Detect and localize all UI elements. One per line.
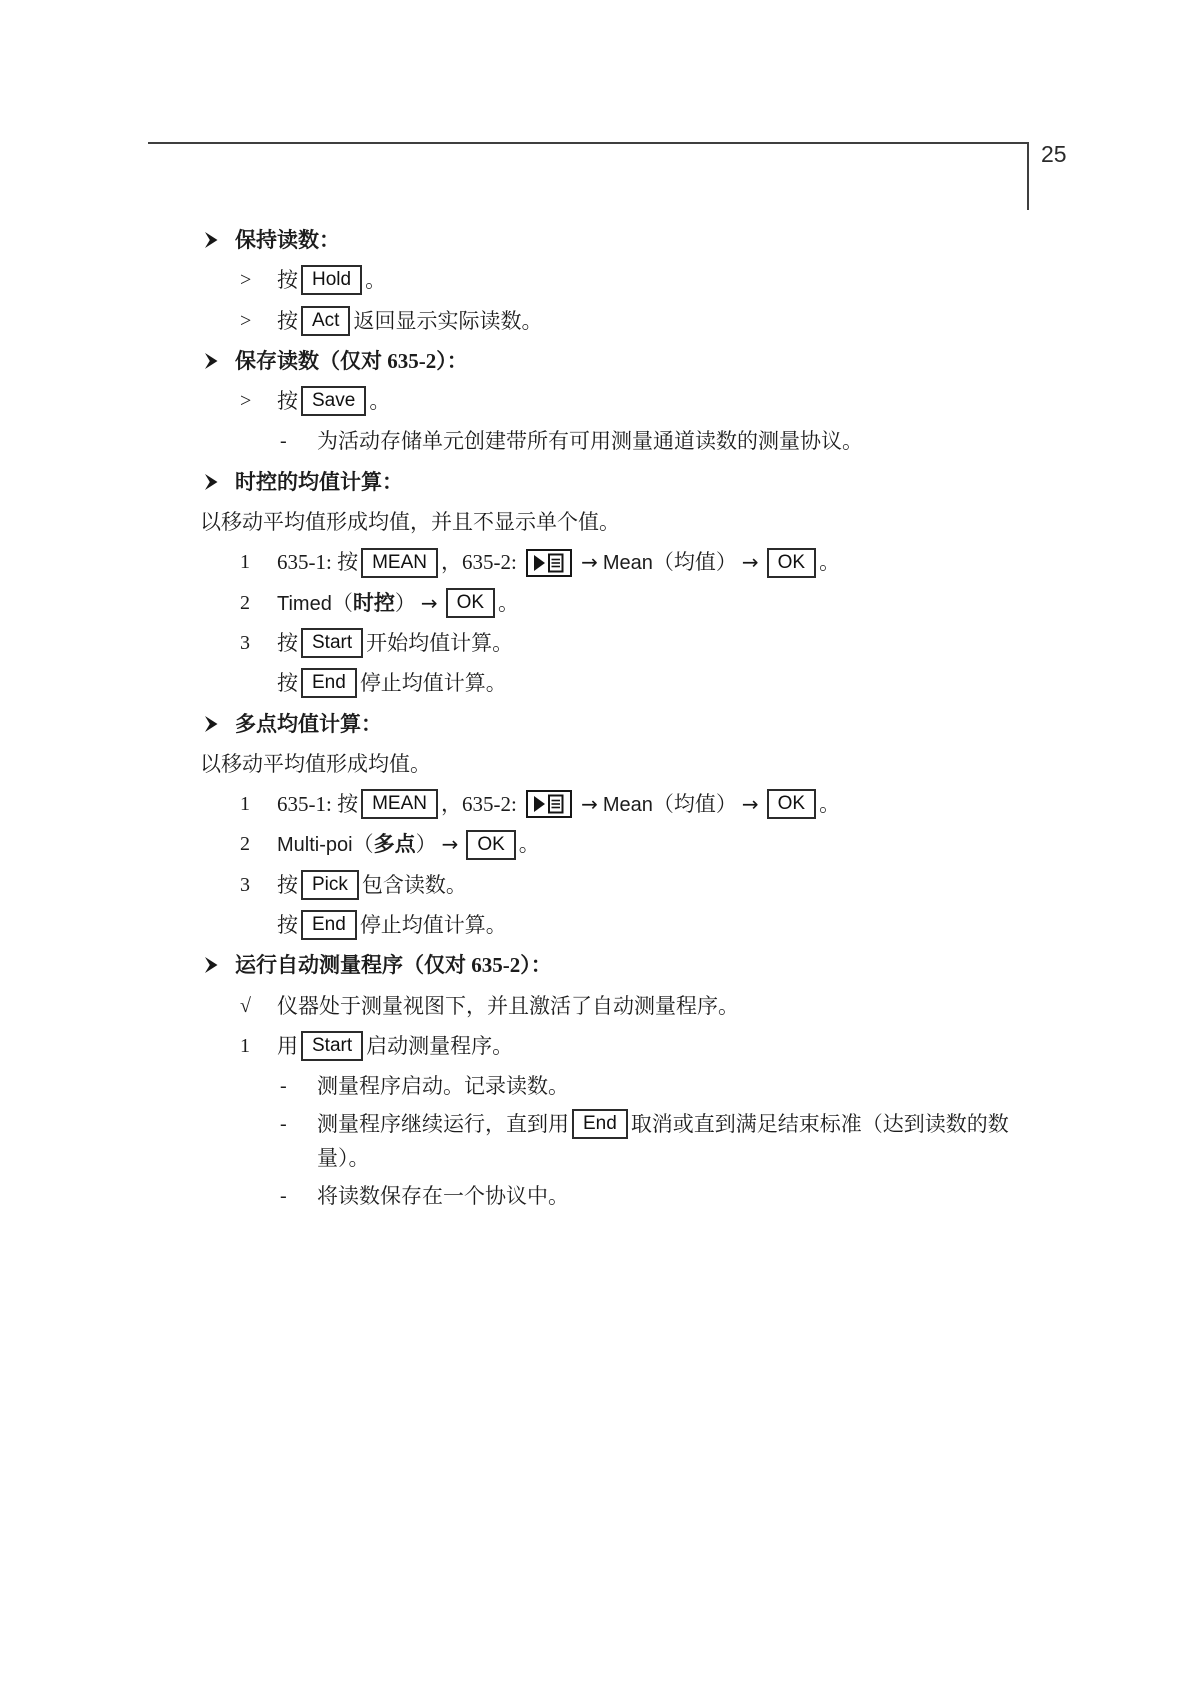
text-segment: 运行自动测量程序（仅对 635-2）： <box>235 953 552 977</box>
text-segment: Timed <box>277 593 332 615</box>
key-button-start: Start <box>301 1031 363 1061</box>
chevron-bullet-icon <box>203 462 219 502</box>
header-vertical-rule <box>1027 142 1029 210</box>
sub-step-marker: > <box>240 260 251 300</box>
text-segment: ，635-2: <box>441 550 522 574</box>
arrow-right-icon: → <box>442 832 459 856</box>
sub-step-marker: > <box>240 381 251 421</box>
text-segment: 保存读数（仅对 635-2）： <box>235 349 468 373</box>
dash-marker: - <box>280 1176 287 1216</box>
step-row: √仪器处于测量视图下，并且激活了自动测量程序。 <box>0 986 1200 1026</box>
section-heading-row: 保存读数（仅对 635-2）： <box>0 341 1200 381</box>
text-segment: 包含读数。 <box>362 873 467 897</box>
step-number: 2 <box>240 583 250 623</box>
step-row: 1635-1: 按MEAN，635-2: →Mean（均值）→OK。 <box>0 784 1200 824</box>
page-number: 25 <box>1041 140 1067 168</box>
chevron-bullet-icon <box>203 220 219 260</box>
text-segment: 。 <box>819 792 840 816</box>
text-segment: 635-1: 按 <box>277 792 358 816</box>
note-row: -将读数保存在一个协议中。 <box>0 1176 1200 1216</box>
text-segment: 仪器处于测量视图下，并且激活了自动测量程序。 <box>277 994 739 1018</box>
step-row: 1用Start启动测量程序。 <box>0 1026 1200 1066</box>
text-segment: 保持读数： <box>235 228 340 252</box>
text-segment: 多点均值计算： <box>235 712 382 736</box>
text-segment: 开始均值计算。 <box>366 631 513 655</box>
section-heading-row: 运行自动测量程序（仅对 635-2）： <box>0 945 1200 985</box>
dash-marker: - <box>280 421 287 461</box>
text-segment: 635-1: 按 <box>277 550 358 574</box>
text-segment: 以移动平均值形成均值，并且不显示单个值。 <box>200 510 620 534</box>
chevron-bullet-icon <box>203 945 219 985</box>
step-row: >按Save。 <box>0 381 1200 421</box>
step-row: 3按Pick包含读数。 <box>0 865 1200 905</box>
text-segment: 停止均值计算。 <box>360 671 507 695</box>
key-button-end: End <box>301 668 357 698</box>
document-body: 保持读数：>按Hold。>按Act返回显示实际读数。保存读数（仅对 635-2）… <box>0 220 1200 1216</box>
text-segment: 多点 <box>374 832 416 856</box>
text-segment: ，635-2: <box>441 792 522 816</box>
text-segment: 。 <box>498 591 519 615</box>
dash-marker: - <box>280 1066 287 1106</box>
text-segment: ） <box>416 832 437 856</box>
text-segment: （均值） <box>653 792 737 816</box>
section-heading-row: 多点均值计算： <box>0 704 1200 744</box>
arrow-right-icon: → <box>421 591 438 615</box>
paragraph-row: 以移动平均值形成均值，并且不显示单个值。 <box>0 502 1200 542</box>
key-button-act: Act <box>301 306 350 336</box>
text-segment: 停止均值计算。 <box>360 913 507 937</box>
menu-list-key-icon <box>526 549 572 577</box>
text-segment: 启动测量程序。 <box>366 1034 513 1058</box>
text-segment: 时控 <box>353 591 395 615</box>
text-segment: 测量程序继续运行，直到用 <box>317 1112 569 1136</box>
step-row: 2Multi-poi（多点）→OK。 <box>0 824 1200 864</box>
menu-list-key-icon <box>526 790 572 818</box>
step-number: 1 <box>240 542 250 582</box>
text-segment: 按 <box>277 873 298 897</box>
key-button-start: Start <box>301 628 363 658</box>
text-segment: 按 <box>277 631 298 655</box>
text-segment: 以移动平均值形成均值。 <box>200 752 431 776</box>
text-segment: Mean <box>603 552 653 574</box>
text-segment: 。 <box>365 268 386 292</box>
key-button-end: End <box>572 1109 628 1139</box>
note-row: -测量程序继续运行，直到用End取消或直到满足结束标准（达到读数的数量）。 <box>0 1107 1200 1176</box>
document-page: 25 保持读数：>按Hold。>按Act返回显示实际读数。保存读数（仅对 635… <box>0 0 1200 1697</box>
text-segment: 用 <box>277 1034 298 1058</box>
key-button-ok: OK <box>767 789 816 819</box>
step-number: 3 <box>240 865 250 905</box>
key-button-mean: MEAN <box>361 789 438 819</box>
key-button-hold: Hold <box>301 265 362 295</box>
key-button-ok: OK <box>446 588 495 618</box>
text-segment: 。 <box>819 550 840 574</box>
text-segment: 为活动存储单元创建带所有可用测量通道读数的测量协议。 <box>317 429 863 453</box>
text-segment: 将读数保存在一个协议中。 <box>317 1184 569 1208</box>
arrow-right-icon: → <box>742 550 759 574</box>
text-segment: 按 <box>277 913 298 937</box>
check-marker: √ <box>240 986 251 1026</box>
key-button-ok: OK <box>466 830 515 860</box>
step-number: 1 <box>240 1026 250 1066</box>
text-segment: （均值） <box>653 550 737 574</box>
step-row: 3按Start开始均值计算。 <box>0 623 1200 663</box>
step-number: 1 <box>240 784 250 824</box>
step-row: 2Timed（时控）→OK。 <box>0 583 1200 623</box>
text-segment: 。 <box>519 832 540 856</box>
note-row: -为活动存储单元创建带所有可用测量通道读数的测量协议。 <box>0 421 1200 461</box>
key-button-pick: Pick <box>301 870 359 900</box>
section-heading-row: 时控的均值计算： <box>0 462 1200 502</box>
dash-marker: - <box>280 1107 287 1142</box>
step-continuation-row: 按End停止均值计算。 <box>0 663 1200 703</box>
text-segment: 测量程序启动。记录读数。 <box>317 1074 569 1098</box>
sub-step-marker: > <box>240 301 251 341</box>
step-number: 2 <box>240 824 250 864</box>
arrow-right-icon: → <box>742 792 759 816</box>
text-segment: ） <box>395 591 416 615</box>
step-row: 1635-1: 按MEAN，635-2: →Mean（均值）→OK。 <box>0 542 1200 582</box>
text-segment: 按 <box>277 309 298 333</box>
header-rule <box>148 142 1028 144</box>
paragraph-row: 以移动平均值形成均值。 <box>0 744 1200 784</box>
key-button-ok: OK <box>767 548 816 578</box>
text-segment: 返回显示实际读数。 <box>353 309 542 333</box>
text-segment: 时控的均值计算： <box>235 470 403 494</box>
chevron-bullet-icon <box>203 704 219 744</box>
text-segment: Multi-poi <box>277 834 353 856</box>
text-segment: Mean <box>603 794 653 816</box>
step-number: 3 <box>240 623 250 663</box>
step-continuation-row: 按End停止均值计算。 <box>0 905 1200 945</box>
text-segment: 按 <box>277 389 298 413</box>
key-button-end: End <box>301 910 357 940</box>
key-button-mean: MEAN <box>361 548 438 578</box>
text-segment: 按 <box>277 671 298 695</box>
text-segment: 按 <box>277 268 298 292</box>
step-row: >按Act返回显示实际读数。 <box>0 301 1200 341</box>
key-button-save: Save <box>301 386 366 416</box>
chevron-bullet-icon <box>203 341 219 381</box>
text-segment: （ <box>332 591 353 615</box>
step-row: >按Hold。 <box>0 260 1200 300</box>
arrow-right-icon: → <box>581 792 598 816</box>
text-segment: （ <box>353 832 374 856</box>
note-row: -测量程序启动。记录读数。 <box>0 1066 1200 1106</box>
arrow-right-icon: → <box>581 550 598 574</box>
section-heading-row: 保持读数： <box>0 220 1200 260</box>
text-segment: 。 <box>369 389 390 413</box>
